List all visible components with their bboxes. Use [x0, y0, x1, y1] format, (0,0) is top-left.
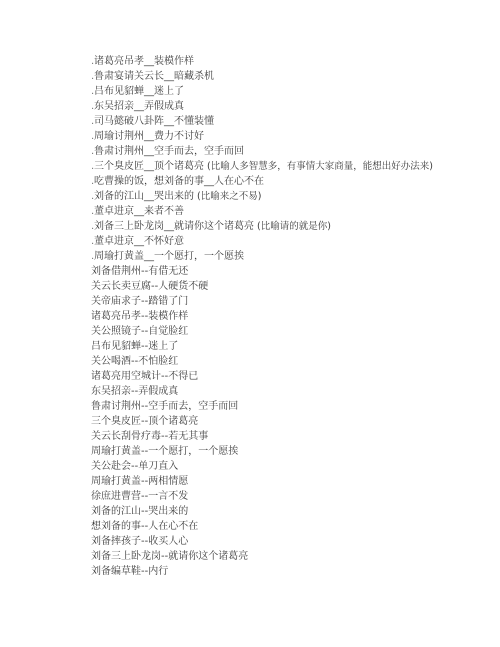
list-item: .鲁肃讨荆州__空手而去，空手而回 — [91, 144, 491, 159]
list-item: 刘备编草鞋--内行 — [91, 564, 491, 579]
proverb-text: 董卓进京__不怀好意 — [94, 236, 184, 247]
proverb-text: 司马懿破八卦阵__不懂装懂 — [94, 116, 214, 127]
list-item: 关公赴会--单刀直入 — [91, 459, 491, 474]
document-page: .诸葛亮吊孝__装模作样 .鲁肃宴请关云长__暗藏杀机 .吕布见貂蝉__迷上了 … — [0, 0, 500, 647]
list-item: .吕布见貂蝉__迷上了 — [91, 84, 491, 99]
list-item: 刘备摔孩子--收买人心 — [91, 534, 491, 549]
list-item: .董卓进京__来者不善 — [91, 204, 491, 219]
list-item: .周瑜讨荆州__费力不讨好 — [91, 129, 491, 144]
list-item: .三个臭皮匠__顶个诸葛亮 (比喻人多智慧多，有事情大家商量，能想出好办法来) — [91, 159, 491, 174]
proverb-text: 鲁肃讨荆州__空手而去，空手而回 — [94, 146, 244, 157]
list-item: .吃曹操的饭，想刘备的事__人在心不在 — [91, 174, 491, 189]
list-item: 三个臭皮匠--顶个诸葛亮 — [91, 414, 491, 429]
proverb-text: 鲁肃宴请关云长__暗藏杀机 — [94, 71, 214, 82]
list-item: 吕布见貂蝉--迷上了 — [91, 339, 491, 354]
proverb-text: 刘备的江山__哭出来的 — [94, 191, 194, 202]
proverb-note: (比喻请的就是你) — [254, 221, 331, 232]
list-item: 周瑜打黄盖--一个愿打，一个愿挨 — [91, 444, 491, 459]
list-item: .鲁肃宴请关云长__暗藏杀机 — [91, 69, 491, 84]
proverb-text: 刘备三上卧龙岗__就请你这个诸葛亮 — [94, 221, 254, 232]
list-item: 刘备借荆州--有借无还 — [91, 264, 491, 279]
list-item: .东吴招亲__弄假成真 — [91, 99, 491, 114]
list-item: 关帝庙求子--踏错了门 — [91, 294, 491, 309]
proverb-text: 东吴招亲__弄假成真 — [94, 101, 184, 112]
proverb-text: 董卓进京__来者不善 — [94, 206, 184, 217]
list-item: 东吴招亲--弄假成真 — [91, 384, 491, 399]
list-item: .董卓进京__不怀好意 — [91, 234, 491, 249]
list-item: 关云长卖豆腐--人硬货不硬 — [91, 279, 491, 294]
proverb-text: 吕布见貂蝉__迷上了 — [94, 86, 184, 97]
list-item: .司马懿破八卦阵__不懂装懂 — [91, 114, 491, 129]
list-item: 刘备的江山--哭出来的 — [91, 504, 491, 519]
proverb-text: 三个臭皮匠__顶个诸葛亮 — [94, 161, 204, 172]
proverb-text: 诸葛亮吊孝__装模作样 — [94, 56, 194, 67]
list-item: 关云长刮骨疗毒--若无其事 — [91, 429, 491, 444]
list-item: 关公喝酒--不怕脸红 — [91, 354, 491, 369]
proverb-note: (比喻来之不易) — [194, 191, 261, 202]
list-item: 刘备三上卧龙岗--就请你这个诸葛亮 — [91, 549, 491, 564]
list-item: .刘备的江山__哭出来的 (比喻来之不易) — [91, 189, 491, 204]
list-item: .周瑜打黄盖__一个愿打，一个愿挨 — [91, 249, 491, 264]
proverb-text: 周瑜讨荆州__费力不讨好 — [94, 131, 204, 142]
list-item: 诸葛亮用空城计--不得已 — [91, 369, 491, 384]
proverb-list: .诸葛亮吊孝__装模作样 .鲁肃宴请关云长__暗藏杀机 .吕布见貂蝉__迷上了 … — [91, 54, 491, 579]
list-item: 鲁肃讨荆州--空手而去，空手而回 — [91, 399, 491, 414]
proverb-text: 吃曹操的饭，想刘备的事__人在心不在 — [94, 176, 264, 187]
list-item: .刘备三上卧龙岗__就请你这个诸葛亮 (比喻请的就是你) — [91, 219, 491, 234]
proverb-text: 周瑜打黄盖__一个愿打，一个愿挨 — [94, 251, 244, 262]
list-item: 徐庶进曹营--一言不发 — [91, 489, 491, 504]
list-item: 周瑜打黄盖--两相情愿 — [91, 474, 491, 489]
list-item: .诸葛亮吊孝__装模作样 — [91, 54, 491, 69]
list-item: 关公照镜子--自觉脸红 — [91, 324, 491, 339]
proverb-note: (比喻人多智慧多，有事情大家商量，能想出好办法来) — [204, 161, 433, 172]
list-item: 想刘备的事--人在心不在 — [91, 519, 491, 534]
list-item: 诸葛亮吊孝--装模作样 — [91, 309, 491, 324]
